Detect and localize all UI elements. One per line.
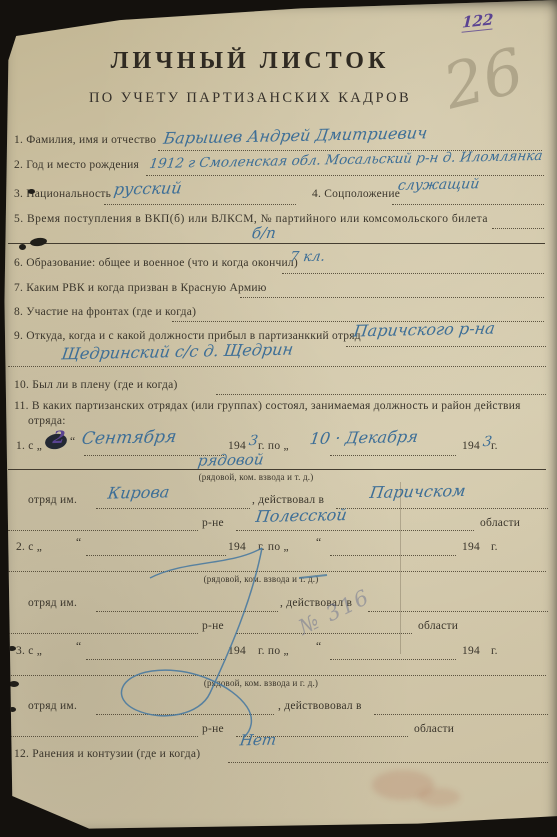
entry2-otryad-label: отряд им. <box>28 597 77 609</box>
quote-mark: “ <box>316 641 321 653</box>
entry1-otryad-label: отряд им. <box>28 494 77 506</box>
form-title: ЛИЧНЫЙ ЛИСТОК <box>55 48 445 75</box>
form-line <box>492 228 544 229</box>
form-line <box>228 762 548 763</box>
paper-stain <box>418 788 460 806</box>
field-12-value: Нет <box>239 731 278 750</box>
form-line <box>330 455 456 456</box>
entry3-year-print: 194 <box>228 645 246 657</box>
form-line <box>8 366 546 367</box>
entry2-year2-print: 194 <box>462 541 480 553</box>
form-line <box>8 736 198 737</box>
form-line <box>330 555 456 556</box>
entry3-po-label: г. по „ <box>258 645 289 657</box>
form-line <box>8 633 198 634</box>
archive-pencil-mark: № 316 <box>295 584 374 639</box>
ink-blot <box>19 244 26 250</box>
quote-mark: “ <box>76 641 81 653</box>
entry2-g-label: г. <box>491 541 498 553</box>
scan-background: 122 26 ЛИЧНЫЙ ЛИСТОК ПО УЧЕТУ ПАРТИЗАНСК… <box>0 0 557 837</box>
entry1-year2-print: 194 <box>462 440 480 452</box>
form-line <box>8 530 198 531</box>
quote-mark: “ <box>76 537 81 549</box>
form-line <box>368 611 548 612</box>
entry1-rank-value: рядовой <box>197 450 265 469</box>
entry1-rank-caption: (рядовой, ком. взвода и т. д.) <box>186 472 326 482</box>
entry1-oblast-label: области <box>480 517 520 529</box>
field-7-label: 7. Каким РВК и когда призван в Красную А… <box>14 282 267 294</box>
entry3-year2-print: 194 <box>462 645 480 657</box>
entry3-rne-label: р-не <box>202 723 224 735</box>
paper-crease <box>400 482 401 654</box>
form-line <box>236 633 412 634</box>
field-4-label: 4. Соцположение <box>312 188 400 200</box>
entry2-rank-caption: (рядовой, ком. взвода и т. д.) <box>196 574 326 584</box>
page-number-ink: 122 <box>462 10 494 32</box>
form-line <box>240 297 544 298</box>
form-line <box>96 611 278 612</box>
field-1-label: 1. Фамилия, имя и отчество <box>14 134 156 146</box>
entry1-acted-value: Паричском <box>369 481 467 502</box>
entry3-rank-caption: (рядовой, ком. взвода и г. д.) <box>196 678 326 688</box>
paper-mark <box>9 681 19 687</box>
field-4-value: служащий <box>397 176 481 194</box>
form-line <box>336 508 548 509</box>
field-3-value: русский <box>113 178 183 198</box>
form-subtitle: ПО УЧЕТУ ПАРТИЗАНСКИХ КАДРОВ <box>35 90 465 107</box>
form-line <box>346 346 546 347</box>
entry3-num: 3. с „ <box>16 645 42 657</box>
entry1-otryad-value: Кирова <box>107 482 171 502</box>
quote-mark: “ <box>316 537 321 549</box>
field-1-value: Барышев Андрей Дмитриевич <box>162 123 428 148</box>
ink-blot <box>28 189 35 194</box>
field-5-label: 5. Время поступления в ВКП(б) или ВЛКСМ,… <box>14 213 488 225</box>
form-line <box>236 530 474 531</box>
form-line <box>8 469 546 470</box>
field-6-label: 6. Образование: общее и военное (что и к… <box>14 257 298 269</box>
entry2-rne-label: р-не <box>202 620 224 632</box>
form-line <box>374 714 548 715</box>
entry2-po-label: г. по „ <box>258 541 289 553</box>
form-line <box>392 204 544 205</box>
field-12-label: 12. Ранения и контузии (где и когда) <box>14 748 200 760</box>
field-6-value: 7 кл. <box>289 249 326 266</box>
entry3-g-label: г. <box>491 645 498 657</box>
field-2-value: 1912 г Смоленская обл. Мосальский р-н д.… <box>148 148 543 172</box>
form-line <box>8 243 545 244</box>
entry3-oblast-label: области <box>414 723 454 735</box>
field-11-label2: отряда: <box>28 415 66 427</box>
form-line <box>86 555 226 556</box>
form-line <box>216 394 546 395</box>
field-8-label: 8. Участие на фронтах (где и когда) <box>14 306 196 318</box>
paper-mark <box>9 707 16 712</box>
quote-mark: “ <box>70 436 75 448</box>
field-5-value: б/п <box>251 224 277 242</box>
field-9-value-line1: Паричского р-на <box>352 319 496 341</box>
entry1-rne-label: р-не <box>202 517 224 529</box>
entry2-oblast-label: области <box>418 620 458 632</box>
field-11-label: 11. В каких партизанских отрядах (или гр… <box>14 400 521 412</box>
form-line <box>86 659 226 660</box>
entry3-acted-label: , действововал в <box>278 700 362 712</box>
entry2-num: 2. с „ <box>16 541 42 553</box>
page-number-pencil: 26 <box>436 34 530 124</box>
form-line <box>104 204 296 205</box>
form-line <box>96 714 274 715</box>
entry1-num: 1. с „ <box>16 440 42 452</box>
entry2-year-print: 194 <box>228 541 246 553</box>
entry1-acted-label: , действовал в <box>252 494 324 506</box>
form-line <box>96 508 250 509</box>
entry1-rne-value: Полесской <box>255 505 349 526</box>
form-line <box>8 571 546 572</box>
field-10-label: 10. Был ли в плену (где и когда) <box>14 379 178 391</box>
entry1-g-label: г. <box>491 440 498 452</box>
form-line <box>146 175 544 176</box>
entry1-date-to: 10 · Декабря <box>309 427 420 448</box>
field-2-label: 2. Год и место рождения <box>14 159 139 171</box>
document-paper: 122 26 ЛИЧНЫЙ ЛИСТОК ПО УЧЕТУ ПАРТИЗАНСК… <box>0 0 557 837</box>
entry1-month-from: Сентября <box>80 427 177 449</box>
field-9-label: 9. Откуда, когда и с какой должности при… <box>14 330 361 342</box>
form-line <box>282 273 544 274</box>
form-line <box>330 659 456 660</box>
entry3-otryad-label: отряд им. <box>28 700 77 712</box>
ink-blot <box>30 237 48 247</box>
paper-mark <box>8 646 16 651</box>
field-9-value-line2: Щедринский с/с д. Щедрин <box>60 340 294 364</box>
form-line <box>8 675 546 676</box>
